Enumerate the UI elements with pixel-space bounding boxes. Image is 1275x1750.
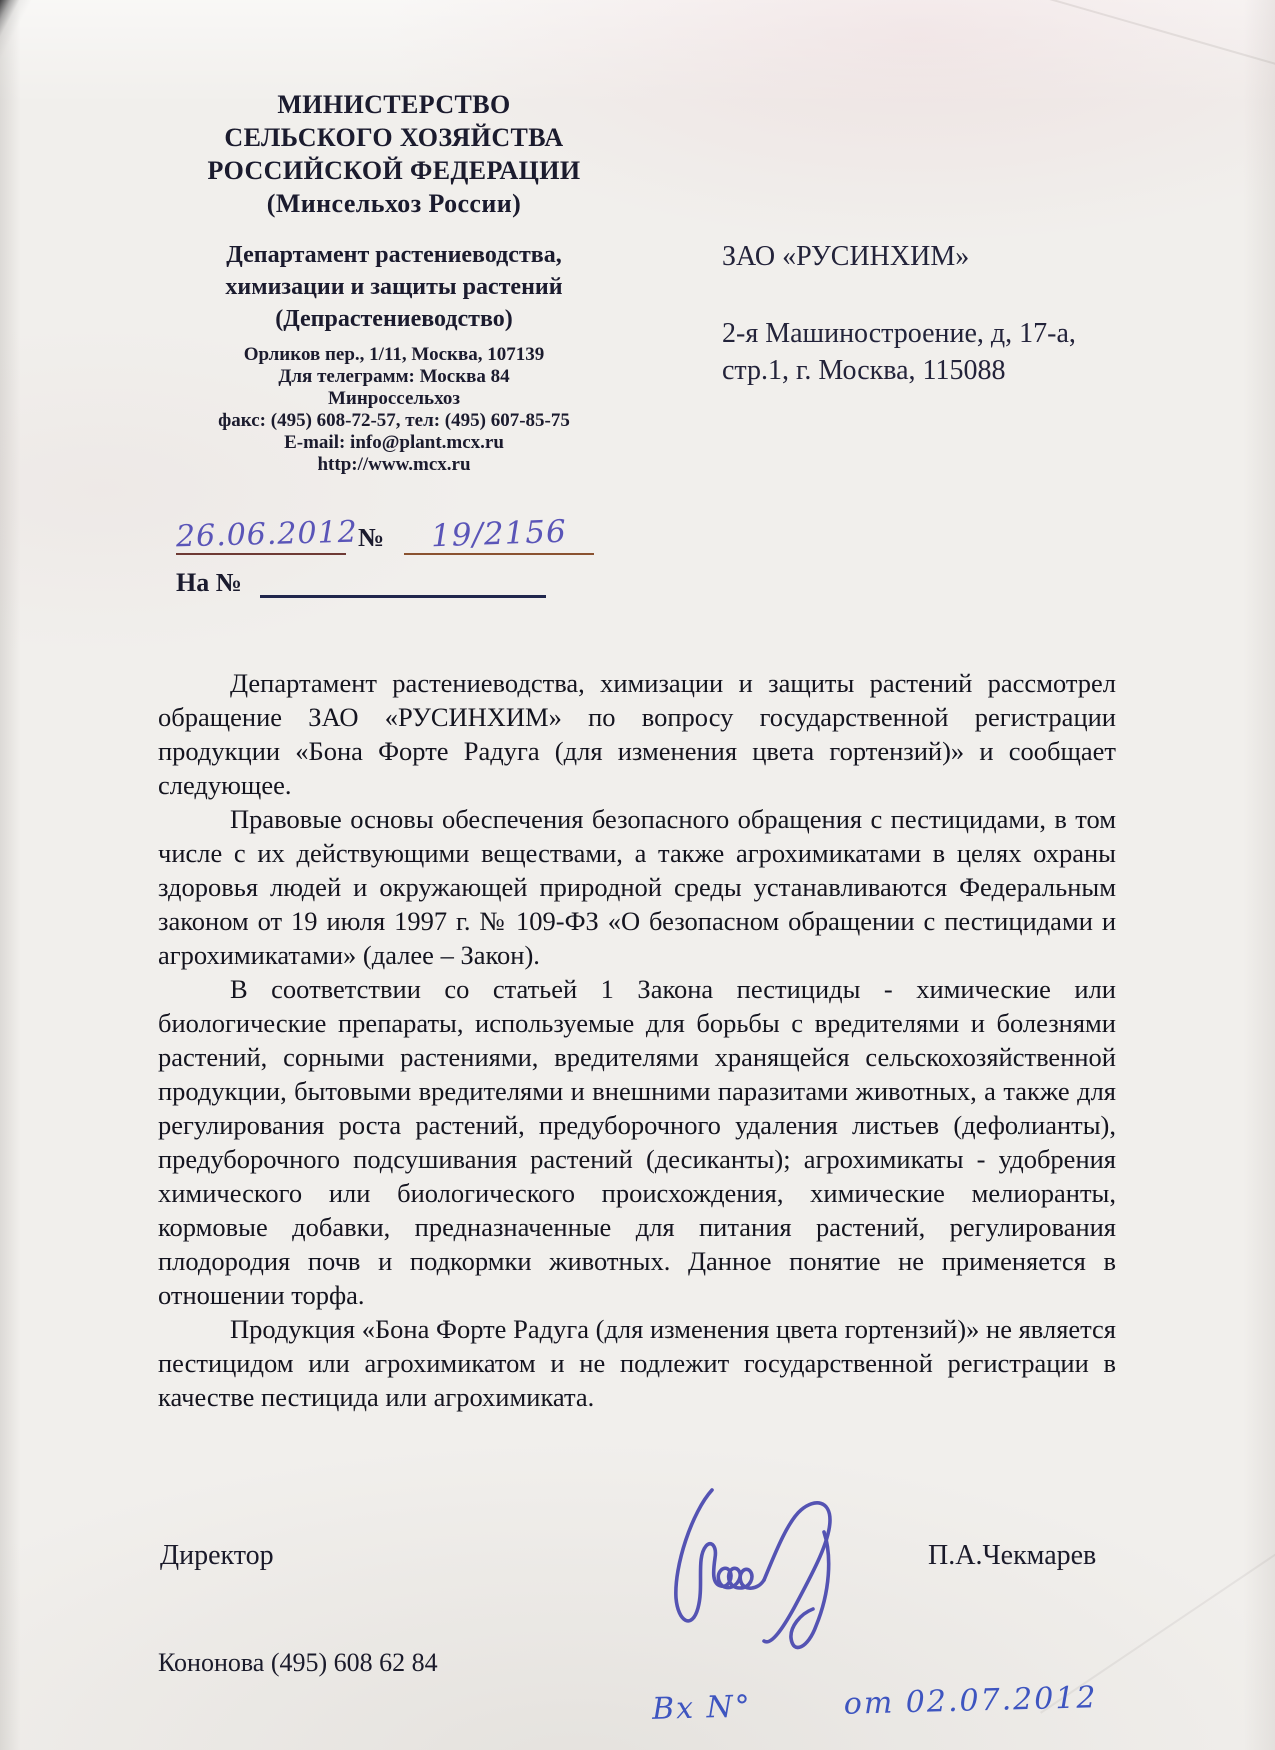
incoming-date-handwritten: от 02.07.2012 xyxy=(843,1680,1098,1722)
recipient-address-line: 2-я Машиностроение, д, 17-а, xyxy=(722,315,1162,352)
sender-email: E-mail: info@plant.mcx.ru xyxy=(138,432,650,454)
recipient-address-line: стр.1, г. Москва, 115088 xyxy=(722,352,1162,389)
body-paragraph: В соответствии со статьей 1 Закона пести… xyxy=(158,972,1116,1312)
body-paragraph: Правовые основы обеспечения безопасного … xyxy=(158,802,1116,972)
sender-address-line: Орликов пер., 1/11, Москва, 107139 xyxy=(138,344,650,366)
signatory-name: П.А.Чекмарев xyxy=(928,1540,1096,1572)
reply-reference-blank-field xyxy=(260,565,546,598)
paper-crease-top-right xyxy=(1050,0,1275,72)
sender-address-line: Для телеграмм: Москва 84 xyxy=(138,366,650,388)
department-line: химизации и защиты растений xyxy=(138,271,650,303)
recipient-block: ЗАО «РУСИНХИМ» 2-я Машиностроение, д, 17… xyxy=(722,238,1162,389)
number-sign-label: № xyxy=(358,523,384,553)
reply-reference-row: На № xyxy=(176,565,636,598)
handwritten-signature xyxy=(612,1478,892,1663)
sender-address-block: Орликов пер., 1/11, Москва, 107139 Для т… xyxy=(138,344,650,476)
department-name: Департамент растениеводства, химизации и… xyxy=(138,239,650,335)
ministry-line: СЕЛЬСКОГО ХОЗЯЙСТВА xyxy=(138,121,650,154)
ministry-name: МИНИСТЕРСТВО СЕЛЬСКОГО ХОЗЯЙСТВА РОССИЙС… xyxy=(138,88,650,220)
reference-block: 26.06.2012 № 19/2156 На № xyxy=(176,516,636,598)
sender-address-line: факс: (495) 608-72-57, тел: (495) 607-85… xyxy=(138,410,650,432)
department-line: (Депрастениеводство) xyxy=(138,303,650,335)
outgoing-number-handwritten: 19/2156 xyxy=(431,514,568,555)
executor-contact: Кононова (495) 608 62 84 xyxy=(158,1648,438,1678)
body-paragraph: Департамент растениеводства, химизации и… xyxy=(158,666,1116,802)
outgoing-date-field: 26.06.2012 xyxy=(176,517,346,555)
sender-address-line: Минроссельхоз xyxy=(138,388,650,410)
body-paragraph: Продукция «Бона Форте Радуга (для измене… xyxy=(158,1312,1116,1414)
ministry-line: МИНИСТЕРСТВО xyxy=(138,88,650,121)
ministry-line: РОССИЙСКОЙ ФЕДЕРАЦИИ xyxy=(138,154,650,187)
letterhead: МИНИСТЕРСТВО СЕЛЬСКОГО ХОЗЯЙСТВА РОССИЙС… xyxy=(138,88,650,476)
department-line: Департамент растениеводства, xyxy=(138,239,650,271)
outgoing-reference-row: 26.06.2012 № 19/2156 xyxy=(176,516,636,555)
letter-body: Департамент растениеводства, химизации и… xyxy=(158,666,1116,1414)
ministry-line: (Минсельхоз России) xyxy=(138,187,650,220)
signatory-title: Директор xyxy=(160,1540,274,1572)
scanned-letter-page: МИНИСТЕРСТВО СЕЛЬСКОГО ХОЗЯЙСТВА РОССИЙС… xyxy=(0,0,1275,1750)
scan-corner-artifact xyxy=(0,0,34,80)
recipient-name: ЗАО «РУСИНХИМ» xyxy=(722,238,1162,275)
incoming-note: Вх N° от 02.07.2012 xyxy=(652,1680,1098,1727)
reply-reference-label: На № xyxy=(176,568,242,598)
sender-website: http://www.mcx.ru xyxy=(138,454,650,476)
incoming-number-label: Вх N° xyxy=(652,1689,753,1727)
outgoing-date-handwritten: 26.06.2012 xyxy=(176,515,359,555)
outgoing-number-field: 19/2156 xyxy=(404,516,594,555)
